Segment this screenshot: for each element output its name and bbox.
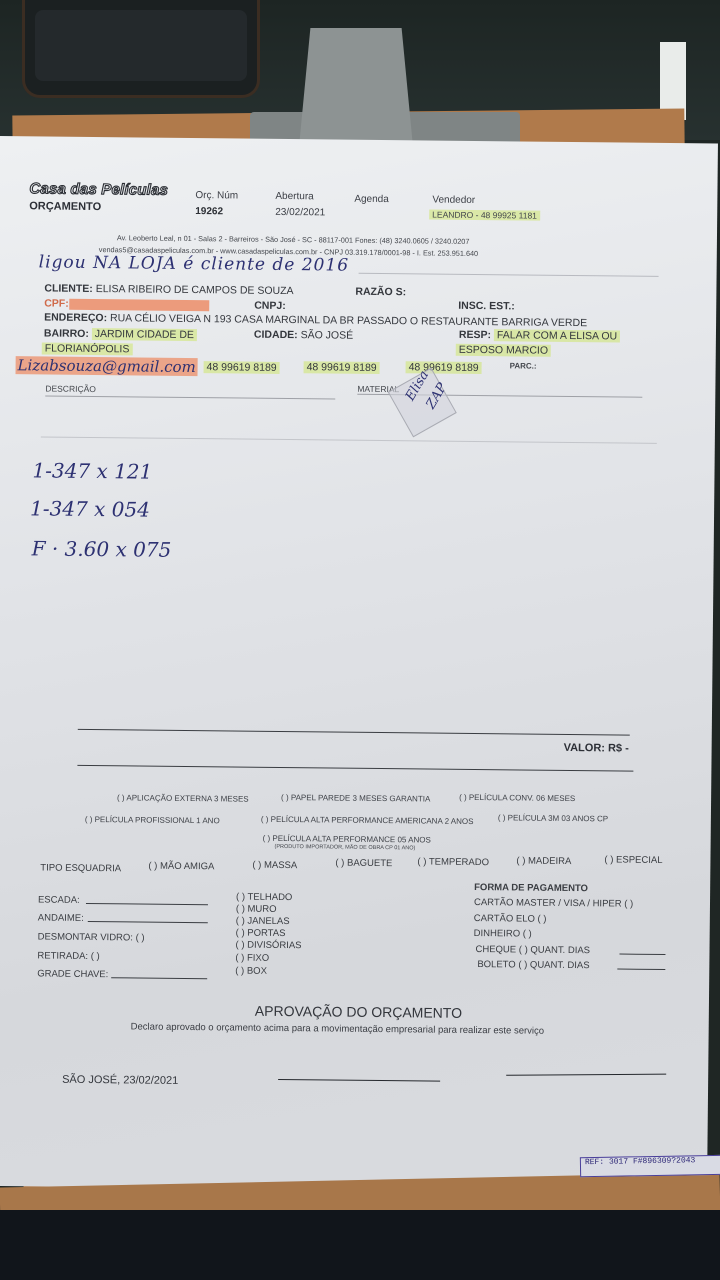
escada-line[interactable]	[86, 903, 208, 905]
payment-dinheiro[interactable]: DINHEIRO ( )	[474, 928, 532, 940]
andaime-line[interactable]	[88, 921, 208, 923]
endereco: RUA CÉLIO VEIGA N 193 CASA MARGINAL DA B…	[110, 312, 587, 329]
background-bottom	[0, 1210, 720, 1280]
phone-device	[22, 0, 260, 98]
resp-row: RESP: FALAR COM A ELISA OU	[459, 329, 620, 343]
esquadria-mao-amiga[interactable]: ( ) MÃO AMIGA	[148, 861, 214, 873]
item-1: 1-347 x 121	[32, 458, 152, 483]
service-andaime: ANDAIME:	[38, 912, 84, 923]
option-aplicacao-externa[interactable]: ( ) APLICAÇÃO EXTERNA 3 MESES	[117, 793, 249, 803]
esquadria-label: TIPO ESQUADRIA	[40, 862, 121, 874]
payment-boleto[interactable]: BOLETO ( ) QUANT. DIAS	[477, 959, 589, 971]
vendedor-label: Vendedor	[432, 195, 475, 206]
payment-cartao-elo[interactable]: CARTÃO ELO ( )	[474, 913, 547, 925]
resp-1: FALAR COM A ELISA OU	[494, 329, 620, 342]
handwritten-email: Lizabsouza@gmail.com	[16, 356, 198, 376]
approval-title: APROVAÇÃO DO ORÇAMENTO	[255, 1003, 462, 1021]
client-signature-line[interactable]	[278, 1079, 440, 1082]
service-telhado[interactable]: ( ) TELHADO	[236, 892, 292, 904]
esquadria-baguete[interactable]: ( ) BAGUETE	[335, 858, 392, 870]
phone-2: 48 99619 8189	[304, 361, 380, 374]
cnpj-label: CNPJ:	[254, 300, 286, 312]
service-retirada[interactable]: RETIRADA: ( )	[37, 950, 99, 962]
cpf-redacted	[69, 298, 209, 310]
option-alta-performance-05[interactable]: ( ) PELÍCULA ALTA PERFORMANCE 05 ANOS	[263, 834, 431, 845]
service-desmontar-vidro[interactable]: DESMONTAR VIDRO: ( )	[38, 931, 145, 943]
approval-text: Declaro aprovado o orçamento acima para …	[131, 1021, 545, 1036]
option-pelicula-profissional[interactable]: ( ) PELÍCULA PROFISSIONAL 1 ANO	[85, 815, 220, 825]
option-pelicula-3m[interactable]: ( ) PELÍCULA 3M 03 ANOS CP	[498, 813, 608, 823]
bairro-2: FLORIANÓPOLIS	[42, 342, 133, 355]
brand-logo: Casa das Películas	[29, 180, 168, 198]
payment-cheque[interactable]: CHEQUE ( ) QUANT. DIAS	[475, 944, 590, 956]
phone-screen	[35, 10, 247, 81]
cliente-label: CLIENTE:	[44, 282, 93, 295]
approval-place-date: SÃO JOSÉ, 23/02/2021	[62, 1074, 178, 1087]
phone-1: 48 99619 8189	[204, 361, 280, 374]
insc-label: INSC. EST.:	[458, 300, 515, 313]
total-line-top	[78, 729, 630, 736]
row-divider	[41, 436, 657, 443]
esquadria-temperado[interactable]: ( ) TEMPERADO	[417, 856, 489, 868]
company-signature-line[interactable]	[506, 1074, 666, 1076]
descricao-line	[45, 395, 335, 399]
service-escada: ESCADA:	[38, 894, 80, 905]
service-divisorias[interactable]: ( ) DIVISÓRIAS	[235, 940, 301, 952]
option-papel-parede[interactable]: ( ) PAPEL PAREDE 3 MESES GARANTIA	[281, 793, 430, 804]
boleto-days-line[interactable]	[617, 969, 665, 971]
grade-chave-line[interactable]	[111, 977, 207, 979]
service-muro[interactable]: ( ) MURO	[236, 904, 277, 915]
handwritten-note: ligou NA LOJA é cliente de 2016	[39, 252, 350, 275]
total-line-bottom	[77, 765, 633, 772]
descricao-header: DESCRIÇÃO	[45, 383, 96, 394]
agenda-label: Agenda	[354, 194, 389, 205]
esquadria-madeira[interactable]: ( ) MADEIRA	[516, 855, 571, 867]
company-address: Av. Leoberto Leal, n 01 - Salas 2 - Barr…	[117, 233, 470, 246]
cpf-label: CPF:	[44, 297, 69, 309]
cpf-row: CPF:	[44, 297, 209, 311]
esquadria-massa[interactable]: ( ) MASSA	[252, 860, 297, 871]
service-janelas[interactable]: ( ) JANELAS	[236, 916, 290, 928]
razao-label: RAZÃO S:	[355, 286, 406, 299]
option-alta-performance-note: (PRODUTO IMPORTADOR, MÃO DE OBRA CP 01 A…	[275, 844, 416, 851]
bairro-label: BAIRRO:	[44, 327, 89, 339]
service-box[interactable]: ( ) BOX	[235, 966, 267, 977]
option-pelicula-conv[interactable]: ( ) PELÍCULA CONV. 06 MESES	[459, 793, 575, 803]
esquadria-especial[interactable]: ( ) ESPECIAL	[604, 854, 662, 866]
valor-label: VALOR: R$ -	[564, 742, 629, 755]
cliente-name: ELISA RIBEIRO DE CAMPOS DE SOUZA	[96, 283, 294, 297]
orc-num: 19262	[195, 206, 223, 217]
endereco-row: ENDEREÇO: RUA CÉLIO VEIGA N 193 CASA MAR…	[44, 311, 587, 329]
cidade: SÃO JOSÉ	[301, 329, 354, 342]
quote-form: Casa das Películas ORÇAMENTO Orç. Núm 19…	[0, 136, 718, 1193]
client-row: CLIENTE: ELISA RIBEIRO DE CAMPOS DE SOUZ…	[44, 282, 293, 297]
parc-label: PARC.:	[510, 361, 537, 370]
service-fixo[interactable]: ( ) FIXO	[235, 953, 269, 964]
divider	[359, 273, 659, 277]
bairro-1: JARDIM CIDADE DE	[92, 328, 197, 341]
cidade-row: CIDADE: SÃO JOSÉ	[254, 329, 353, 342]
item-2: 1-347 x 054	[30, 496, 150, 521]
abertura-date: 23/02/2021	[275, 207, 325, 219]
payment-title: FORMA DE PAGAMENTO	[474, 882, 588, 894]
abertura-label: Abertura	[275, 191, 313, 202]
resp-2: ESPOSO MARCIO	[456, 344, 551, 357]
clipboard-sticker: REF: 3017 F#896309?2043	[580, 1155, 720, 1178]
option-alta-performance-americana[interactable]: ( ) PELÍCULA ALTA PERFORMANCE AMERICANA …	[261, 815, 474, 826]
item-3: F · 3.60 x 075	[32, 536, 172, 561]
payment-cartao-master[interactable]: CARTÃO MASTER / VISA / HIPER ( )	[474, 897, 633, 910]
doc-type: ORÇAMENTO	[29, 200, 101, 213]
bairro-row: BAIRRO: JARDIM CIDADE DE	[44, 327, 197, 341]
endereco-label: ENDEREÇO:	[44, 311, 107, 324]
service-grade-chave: GRADE CHAVE:	[37, 968, 108, 980]
cidade-label: CIDADE:	[254, 329, 298, 341]
service-portas[interactable]: ( ) PORTAS	[236, 928, 286, 940]
resp-label: RESP:	[459, 329, 491, 341]
cheque-days-line[interactable]	[619, 954, 665, 955]
orc-num-label: Orç. Núm	[195, 190, 238, 201]
vendedor: LEANDRO - 48 99925 1181	[429, 209, 540, 220]
